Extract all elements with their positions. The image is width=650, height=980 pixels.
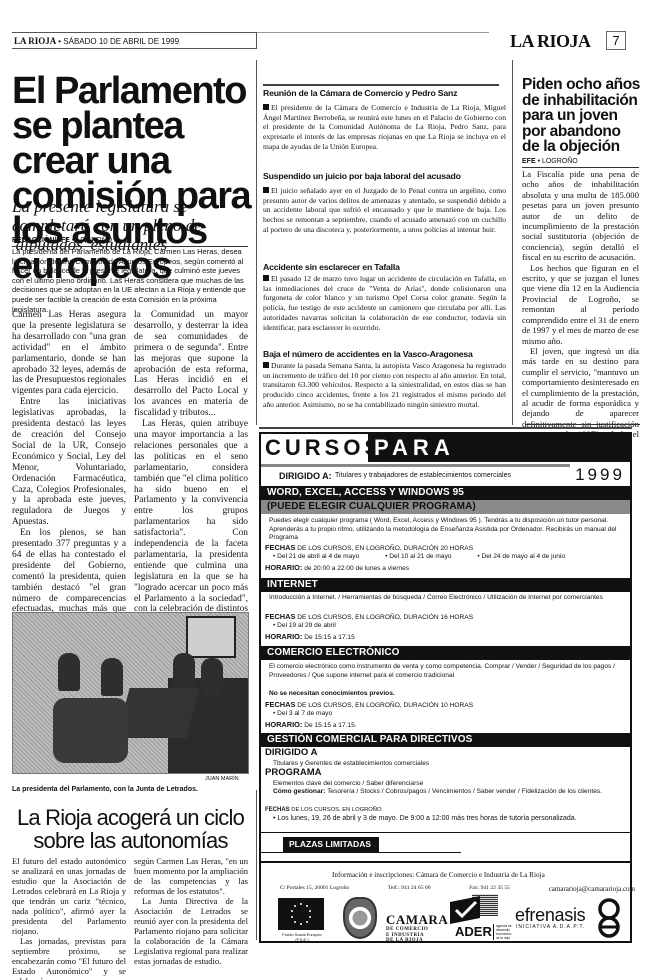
ad-title-left: CURSOS [261,434,368,462]
brief-item: Suspendido un juicio por baja laboral de… [263,171,506,235]
second-headline: La Rioja acogerá un ciclo sobre las auto… [12,806,249,852]
right-end-rule [525,424,640,425]
main-lead: La presidenta del Parlamento de La Rioja… [12,247,248,314]
limited-places-badge: PLAZAS LIMITADAS [283,837,379,852]
right-headline: Piden ocho años de inhabilitación para u… [522,77,640,155]
eu-flag-logo [278,898,324,930]
course-title: INTERNET [261,578,630,592]
ader-logo-subtitle: agencia de desarrollo económico de la ri… [493,924,515,940]
paragraph: Entre las iniciativas legislativas aprob… [12,397,126,528]
bullet-square-icon [263,104,269,110]
paragraph: Las jornadas, previstas para septiembre … [12,936,126,980]
bullet-square-icon [263,275,269,281]
course-schedule: HORARIO: de 20:00 a 22:00 de lunes a vie… [265,564,620,574]
course-note: No se necesitan conocimientos previos. [269,690,624,699]
eu-stars-icon [278,898,324,930]
column-divider [256,60,257,425]
ad-divider [261,832,630,833]
ad-top-rule [259,427,632,429]
eu-caption: Fondo Social Europeo (F.S.E.) [276,932,328,942]
ad-divider [261,852,461,853]
header-rule [257,32,489,33]
audience-label: DIRIGIDO A: [279,471,332,481]
armchair [53,698,128,763]
course-audience-text: Titulares y Gerentes de establecimientos… [273,760,628,769]
paragraph: la Comunidad un mayor desarrollo, y dest… [134,310,248,419]
brief-headline: Suspendido un juicio por baja laboral de… [263,171,506,181]
column-divider [512,60,513,425]
photo-credit: JUAN MARÍN [205,776,239,782]
issue-date: • SÁBADO 10 DE ABRIL DE 1999 [58,37,179,46]
main-byline: REDACCIÓN/EFE • LOGROÑO [12,237,112,244]
briefs-top-rule [263,84,499,86]
paragraph: Carmen Las Heras asegura que la presente… [12,310,126,397]
photo-caption: La presidenta del Parlamento, con la Jun… [12,786,198,793]
course-dates-heading: FECHAS DE LOS CURSOS, EN LOGROÑO [265,806,620,815]
person [58,653,80,691]
byline-agency: REDACCIÓN/EFE [12,237,70,244]
second-body-col2: según Carmen Las Heras, "en un buen mome… [134,856,248,966]
course-description: Puedes elegir cualquier programa ( Word,… [269,517,624,543]
paragraph: Las Heras, quien atribuye una mayor impo… [134,419,248,626]
course-description: Introducción a Internet. / Herramientas … [269,594,624,603]
courses-advertisement: CURSOS PARA COMERCIANTES DIRIGIDO A: Tit… [259,432,632,863]
byline-place: • LOGROÑO [538,158,578,165]
ad-year: 1999 [570,464,630,486]
byline-rule [522,167,639,168]
byline-agency: EFE [522,158,536,165]
ae-monogram-icon [596,898,622,938]
brief-headline: Accidente sin esclarecer en Tafalla [263,262,506,272]
brief-headline: Reunión de la Cámara de Comercio y Pedro… [263,88,506,98]
brief-body: Durante la pasada Semana Santa, la autop… [263,361,506,409]
brief-headline: Baja el número de accidentes en la Vasco… [263,349,506,359]
course-dates: • Del 21 de abril al 4 de mayo • Del 10 … [273,553,628,562]
paragraph: Los hechos que figuran en el escrito, y … [522,263,639,346]
course-program-line: Cómo gestionar: Tesorería / Stocks / Cob… [273,788,628,797]
course-audience-label: DIRIGIDO A [265,749,620,758]
paragraph: La Fiscalía pide una pena de ocho años d… [522,169,639,263]
brief-item: Reunión de la Cámara de Comercio y Pedro… [263,88,506,152]
paper-name: LA RIOJA [14,36,56,46]
byline-place: • LOGROÑO [72,237,112,244]
right-byline: EFE • LOGROÑO [522,158,578,165]
audience-value: Titulares y trabajadores de establecimie… [335,472,511,479]
brief-body: El pasado 12 de marzo tuvo lugar un acci… [263,274,506,332]
page-header-bar: LA RIOJA • SÁBADO 10 DE ABRIL DE 1999 [12,32,257,49]
efrenasis-subtitle: INICIATIVA A.D.A.P.T. [516,924,585,930]
page-number: 7 [606,31,626,50]
person [201,658,223,696]
bullet-square-icon [263,362,269,368]
camara-logo-title: CAMARA [386,913,448,926]
course-subtitle: (PUEDE ELEGIR CUALQUIER PROGRAMA) [261,500,630,514]
section-brand: LA RIOJA [510,31,591,52]
second-body-col1: El futuro del estado autonómico se anali… [12,856,126,980]
course-schedule: HORARIO: De 15.15 a 17.15. [265,721,620,731]
course-title: COMERCIO ELECTRÓNICO [261,646,630,660]
ad-title-bar: CURSOS PARA COMERCIANTES [261,434,630,462]
brief-item: Accidente sin esclarecer en Tafalla El p… [263,262,506,332]
person [101,658,123,696]
course-description: El comercio electrónico como instrumento… [269,663,624,680]
course-schedule: HORARIO: De 15:15 a 17:15 [265,633,620,643]
efrenasis-logo: efrenasis [515,905,585,926]
course-dates: • Los lunes, 19, 26 de abril y 3 de mayo… [273,815,628,824]
person [173,653,195,691]
paragraph: según Carmen Las Heras, "en un buen mome… [134,856,248,896]
brief-item: Baja el número de accidentes en la Vasco… [263,349,506,410]
brief-body: El juicio señalado ayer en el Juzgado de… [263,186,506,234]
coat-of-arms-icon [343,897,377,939]
ader-logo: ADER [455,924,492,939]
brief-body: El presidente de la Cámara de Comercio e… [263,103,506,151]
course-dates: • Del 3 al 7 de mayo [273,710,628,719]
wall-painting [186,616,236,658]
paragraph: El futuro del estado autonómico se anali… [12,856,126,936]
bullet-square-icon [263,187,269,193]
ad-audience-row: DIRIGIDO A: Titulares y trabajadores de … [261,464,630,484]
right-body: La Fiscalía pide una pena de ocho años d… [522,169,639,450]
column-divider [256,790,257,940]
paragraph: La Junta Directiva de la Asociación de L… [134,896,248,966]
coffee-table [116,688,199,738]
course-title: GESTIÓN COMERCIAL PARA DIRECTIVOS [261,733,630,747]
course-dates: • Del 19 al 29 de abril [273,622,628,631]
course-program-label: PROGRAMA [265,769,620,778]
camara-logo-subtitle: DE COMERCIO E INDUSTRIA DE LA RIOJA [386,927,428,944]
course-title: WORD, EXCEL, ACCESS Y WINDOWS 95 [261,486,630,500]
article-photo [12,612,249,774]
